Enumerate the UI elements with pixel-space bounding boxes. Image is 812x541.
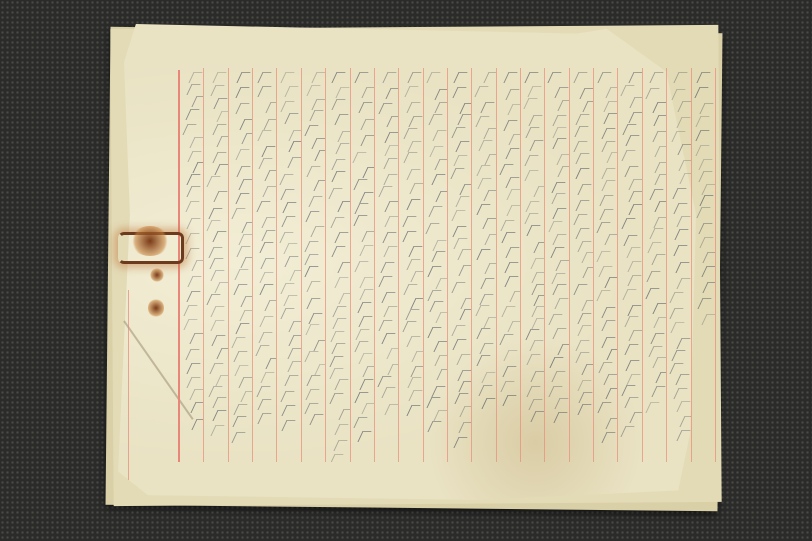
ink-stroke xyxy=(655,372,667,383)
ink-stroke xyxy=(532,272,546,283)
ink-stroke xyxy=(653,303,667,314)
ink-stroke xyxy=(382,333,396,344)
ink-stroke xyxy=(655,201,668,212)
ink-stroke xyxy=(453,226,467,237)
ink-stroke xyxy=(404,86,418,97)
ink-stroke xyxy=(236,72,250,83)
handwritten-column xyxy=(497,68,521,462)
ink-stroke xyxy=(533,186,545,197)
ink-stroke xyxy=(380,262,394,273)
ink-stroke xyxy=(501,306,515,317)
ink-stroke xyxy=(304,125,318,136)
ink-stroke xyxy=(288,361,302,372)
ink-stroke xyxy=(646,271,660,282)
ink-stroke xyxy=(426,223,440,234)
ink-stroke xyxy=(624,316,638,327)
ink-stroke xyxy=(502,232,516,243)
ink-stroke xyxy=(581,252,594,263)
ink-stroke xyxy=(260,316,274,327)
ink-stroke xyxy=(524,170,538,181)
ink-stroke xyxy=(435,278,448,289)
ink-stroke xyxy=(454,437,468,448)
ink-stroke xyxy=(332,318,346,329)
ink-stroke xyxy=(382,72,396,83)
ink-stroke xyxy=(526,386,540,397)
ink-stroke xyxy=(384,306,398,317)
ink-stroke xyxy=(655,146,667,157)
ink-stroke xyxy=(387,364,399,375)
ink-stroke xyxy=(233,284,247,295)
handwritten-column xyxy=(570,68,594,462)
ink-stroke xyxy=(525,201,539,212)
ink-stroke xyxy=(628,204,642,215)
ink-stroke xyxy=(213,124,227,135)
ink-stroke xyxy=(525,213,539,224)
ink-stroke xyxy=(329,454,343,462)
handwritten-column xyxy=(448,68,472,462)
ink-stroke xyxy=(217,111,229,122)
ink-stroke xyxy=(305,254,319,265)
ink-stroke xyxy=(604,374,618,385)
ink-stroke xyxy=(534,242,546,253)
ink-stroke xyxy=(258,86,272,97)
ink-stroke xyxy=(288,141,301,152)
ink-stroke xyxy=(383,174,397,185)
ink-stroke xyxy=(358,316,372,327)
ink-stroke xyxy=(579,88,593,99)
ink-stroke xyxy=(305,389,319,400)
ink-stroke xyxy=(509,291,521,302)
ink-stroke xyxy=(240,391,253,402)
ink-stroke xyxy=(363,366,375,377)
ink-stroke xyxy=(304,266,318,277)
ink-stroke xyxy=(679,160,692,171)
ink-stroke xyxy=(460,184,473,195)
ink-stroke xyxy=(241,133,253,144)
handwritten-column xyxy=(643,68,667,462)
ink-stroke xyxy=(258,72,272,83)
ink-stroke xyxy=(235,323,249,334)
ink-stroke xyxy=(623,235,637,246)
ink-stroke xyxy=(550,247,564,258)
ink-stroke xyxy=(239,179,253,190)
ink-stroke xyxy=(454,72,468,83)
ink-stroke xyxy=(481,372,495,383)
ink-stroke xyxy=(383,246,397,257)
ink-stroke xyxy=(649,72,663,83)
ink-stroke xyxy=(507,104,521,115)
ink-stroke xyxy=(602,432,616,443)
ink-stroke xyxy=(261,146,275,157)
ink-stroke xyxy=(428,206,442,217)
ink-stroke xyxy=(283,243,297,254)
ink-stroke xyxy=(624,397,638,408)
ink-stroke xyxy=(601,128,615,139)
ink-stroke xyxy=(313,340,326,351)
ink-stroke xyxy=(652,254,666,265)
ink-stroke xyxy=(528,399,542,410)
ink-stroke xyxy=(575,352,589,363)
ink-stroke xyxy=(332,99,346,110)
ink-stroke xyxy=(212,72,226,83)
ink-stroke xyxy=(505,262,519,273)
ink-stroke xyxy=(629,112,643,123)
ink-stroke xyxy=(330,217,344,228)
ink-stroke xyxy=(284,375,298,386)
ink-stroke xyxy=(308,313,322,324)
ink-stroke xyxy=(695,145,709,156)
ink-stroke xyxy=(189,137,203,148)
ink-stroke xyxy=(259,272,273,283)
ink-stroke xyxy=(701,184,715,195)
ink-stroke xyxy=(238,234,252,245)
ink-stroke xyxy=(192,419,205,430)
ink-stroke xyxy=(235,149,249,160)
ink-stroke xyxy=(500,220,514,231)
ink-stroke xyxy=(601,307,615,318)
ink-stroke xyxy=(702,252,716,263)
ink-stroke xyxy=(524,155,538,166)
ink-stroke xyxy=(259,158,273,169)
ink-stroke xyxy=(673,72,687,83)
ink-stroke xyxy=(328,188,342,199)
ink-stroke xyxy=(697,72,711,83)
ink-stroke xyxy=(480,343,494,354)
ink-stroke xyxy=(432,251,446,262)
ink-stroke xyxy=(280,174,294,185)
ink-stroke xyxy=(408,141,422,152)
ink-stroke xyxy=(213,397,227,408)
ink-stroke xyxy=(601,141,615,152)
ink-stroke xyxy=(289,130,302,141)
ink-stroke xyxy=(280,283,294,294)
ink-stroke xyxy=(503,350,517,361)
ink-stroke xyxy=(378,103,392,114)
ink-stroke xyxy=(211,320,225,331)
ink-stroke xyxy=(629,72,643,83)
ink-stroke xyxy=(652,102,666,113)
ink-stroke xyxy=(508,134,521,145)
ink-stroke xyxy=(621,85,635,96)
ink-stroke xyxy=(476,355,490,366)
ink-stroke xyxy=(359,289,373,300)
ink-stroke xyxy=(679,173,692,184)
ink-stroke xyxy=(411,298,424,309)
ink-stroke xyxy=(282,420,296,431)
ink-stroke xyxy=(259,242,273,253)
ink-stroke xyxy=(555,260,569,271)
ink-stroke xyxy=(281,72,295,83)
ink-stroke xyxy=(479,294,493,305)
ink-stroke xyxy=(677,430,691,441)
ink-stroke xyxy=(629,330,643,341)
ink-stroke xyxy=(677,278,691,289)
ink-stroke xyxy=(623,289,637,300)
ink-stroke xyxy=(578,325,592,336)
ink-stroke xyxy=(697,298,711,309)
ink-stroke xyxy=(385,404,399,415)
ink-stroke xyxy=(654,174,667,185)
ink-stroke xyxy=(232,337,246,348)
ink-stroke xyxy=(484,317,497,328)
ink-stroke xyxy=(305,324,319,335)
ink-stroke xyxy=(499,334,513,345)
ink-stroke xyxy=(604,234,618,245)
rust-stain xyxy=(148,298,164,318)
ink-stroke xyxy=(329,368,343,379)
ink-stroke xyxy=(524,98,538,109)
ink-stroke xyxy=(696,130,710,141)
ink-stroke xyxy=(385,145,399,156)
ink-stroke xyxy=(551,273,565,284)
ink-stroke xyxy=(553,284,567,295)
ink-stroke xyxy=(556,154,570,165)
ink-stroke xyxy=(649,228,663,239)
ink-stroke xyxy=(426,397,440,408)
ink-stroke xyxy=(384,216,398,227)
ink-stroke xyxy=(698,159,712,170)
ink-stroke xyxy=(331,343,345,354)
ink-stroke xyxy=(306,375,320,386)
ink-stroke xyxy=(621,385,635,396)
ink-stroke xyxy=(672,188,686,199)
ink-stroke xyxy=(452,127,466,138)
ink-stroke xyxy=(409,390,423,401)
ink-stroke xyxy=(354,417,368,428)
ink-stroke xyxy=(185,201,199,212)
ink-stroke xyxy=(481,102,495,113)
ink-stroke xyxy=(573,214,587,225)
ink-stroke xyxy=(500,164,514,175)
ink-stroke xyxy=(307,85,321,96)
ink-stroke xyxy=(477,328,491,339)
ink-stroke xyxy=(427,290,441,301)
ink-stroke xyxy=(475,86,489,97)
ink-stroke xyxy=(527,86,541,97)
ink-stroke xyxy=(306,211,320,222)
ink-stroke xyxy=(432,130,446,141)
ink-stroke xyxy=(477,249,491,260)
ink-stroke xyxy=(576,228,590,239)
ink-stroke xyxy=(607,152,619,163)
handwritten-column xyxy=(302,68,326,462)
ink-stroke xyxy=(581,300,594,311)
ink-stroke xyxy=(187,174,201,185)
ink-stroke xyxy=(282,405,296,416)
ink-stroke xyxy=(548,386,562,397)
ink-stroke xyxy=(235,193,249,204)
ink-stroke xyxy=(629,191,643,202)
ink-stroke xyxy=(209,208,223,219)
ink-stroke xyxy=(305,403,319,414)
ink-stroke xyxy=(675,229,689,240)
ink-stroke xyxy=(427,421,441,432)
ink-stroke xyxy=(577,313,591,324)
ink-stroke xyxy=(385,88,399,99)
ink-stroke xyxy=(382,387,396,398)
ink-stroke xyxy=(699,171,713,182)
handwritten-column xyxy=(545,68,569,462)
ink-stroke xyxy=(361,231,375,242)
ink-stroke xyxy=(695,116,709,127)
ink-stroke xyxy=(457,354,471,365)
ink-stroke xyxy=(648,346,662,357)
ink-stroke xyxy=(187,276,201,287)
ink-stroke xyxy=(331,246,345,257)
ink-stroke xyxy=(314,150,326,161)
ink-stroke xyxy=(215,164,229,175)
ink-stroke xyxy=(456,141,470,152)
ink-stroke xyxy=(573,72,587,83)
handwritten-column xyxy=(204,68,228,462)
ink-stroke xyxy=(645,88,659,99)
ink-stroke xyxy=(354,392,368,403)
ink-stroke xyxy=(361,403,375,414)
ink-stroke xyxy=(650,333,664,344)
ink-stroke xyxy=(529,340,543,351)
handwritten-column xyxy=(229,68,253,462)
ink-stroke xyxy=(434,410,448,421)
handwritten-column xyxy=(180,68,204,462)
ink-stroke xyxy=(621,426,635,437)
ink-stroke xyxy=(262,217,276,228)
ink-stroke xyxy=(458,114,472,125)
ink-stroke xyxy=(406,309,420,320)
ink-stroke xyxy=(334,440,348,451)
ink-stroke xyxy=(603,101,617,112)
ink-stroke xyxy=(578,380,592,391)
ink-stroke xyxy=(265,102,277,113)
ink-stroke xyxy=(311,138,325,149)
ink-stroke xyxy=(702,266,716,277)
ink-stroke xyxy=(406,199,420,210)
ink-stroke xyxy=(187,186,201,197)
ink-stroke xyxy=(532,306,545,317)
ink-stroke xyxy=(360,277,374,288)
ink-stroke xyxy=(281,391,295,402)
ink-stroke xyxy=(500,381,514,392)
ink-stroke xyxy=(460,103,473,114)
ink-stroke xyxy=(239,377,253,388)
ink-stroke xyxy=(408,116,422,127)
ink-stroke xyxy=(680,416,692,427)
ink-stroke xyxy=(458,422,472,433)
rust-stain xyxy=(130,226,170,256)
ink-stroke xyxy=(407,102,421,113)
ink-stroke xyxy=(575,126,589,137)
ink-stroke xyxy=(604,277,618,288)
ink-stroke xyxy=(505,177,519,188)
ink-stroke xyxy=(432,174,446,185)
ink-stroke xyxy=(283,295,297,306)
ink-stroke xyxy=(475,116,489,127)
ink-stroke xyxy=(384,132,398,143)
handwritten-column xyxy=(253,68,277,462)
ink-stroke xyxy=(627,247,641,258)
ink-stroke xyxy=(306,166,320,177)
ink-stroke xyxy=(355,72,369,83)
ink-stroke xyxy=(476,165,490,176)
ink-stroke xyxy=(484,263,496,274)
ink-stroke xyxy=(507,321,521,332)
ink-stroke xyxy=(211,335,225,346)
ink-stroke xyxy=(597,72,611,83)
ink-stroke xyxy=(406,405,420,416)
ink-stroke xyxy=(526,354,540,365)
ink-stroke xyxy=(233,351,247,362)
ink-stroke xyxy=(384,201,398,212)
ink-stroke xyxy=(257,130,271,141)
ink-stroke xyxy=(549,357,563,368)
ink-stroke xyxy=(525,72,539,83)
ink-stroke xyxy=(673,245,687,256)
ink-stroke xyxy=(476,305,490,316)
handwritten-column xyxy=(351,68,375,462)
ink-stroke xyxy=(308,196,322,207)
ink-stroke xyxy=(435,312,448,323)
ink-stroke xyxy=(548,221,562,232)
ink-stroke xyxy=(597,290,611,301)
ink-stroke xyxy=(428,266,442,277)
ink-stroke xyxy=(334,379,348,390)
ink-stroke xyxy=(548,72,562,83)
ink-stroke xyxy=(411,271,424,282)
rust-stain xyxy=(150,268,164,282)
ink-stroke xyxy=(455,196,469,207)
ink-stroke xyxy=(435,89,448,100)
ink-stroke xyxy=(432,386,446,397)
ink-stroke xyxy=(582,101,594,112)
ink-stroke xyxy=(552,115,566,126)
ink-stroke xyxy=(603,113,617,124)
ink-stroke xyxy=(360,135,374,146)
ink-stroke xyxy=(552,193,566,204)
ink-stroke xyxy=(335,143,349,154)
ink-stroke xyxy=(335,424,349,435)
ink-stroke xyxy=(332,171,346,182)
ink-stroke xyxy=(553,412,567,423)
ink-stroke xyxy=(241,257,253,268)
ink-stroke xyxy=(207,220,221,231)
ink-stroke xyxy=(451,282,465,293)
ink-stroke xyxy=(673,388,687,399)
ink-stroke xyxy=(605,418,618,429)
ink-stroke xyxy=(233,404,247,415)
ink-stroke xyxy=(530,411,544,422)
ink-stroke xyxy=(336,87,350,98)
ink-stroke xyxy=(621,150,635,161)
ink-stroke xyxy=(625,135,639,146)
ink-stroke xyxy=(630,412,643,423)
ink-stroke xyxy=(484,72,497,83)
ink-stroke xyxy=(428,327,442,338)
ink-stroke xyxy=(209,258,223,269)
ink-stroke xyxy=(554,87,568,98)
ink-stroke xyxy=(653,317,667,328)
ink-stroke xyxy=(314,364,326,375)
ink-stroke xyxy=(482,398,496,409)
ink-stroke xyxy=(597,251,611,262)
ink-stroke xyxy=(306,281,320,292)
ink-stroke xyxy=(331,72,345,83)
ink-stroke xyxy=(627,305,641,316)
ink-stroke xyxy=(190,402,204,413)
ink-stroke xyxy=(699,237,713,248)
ink-stroke xyxy=(187,377,201,388)
ink-stroke xyxy=(387,348,399,359)
ink-stroke xyxy=(404,128,418,139)
ink-stroke xyxy=(506,205,520,216)
